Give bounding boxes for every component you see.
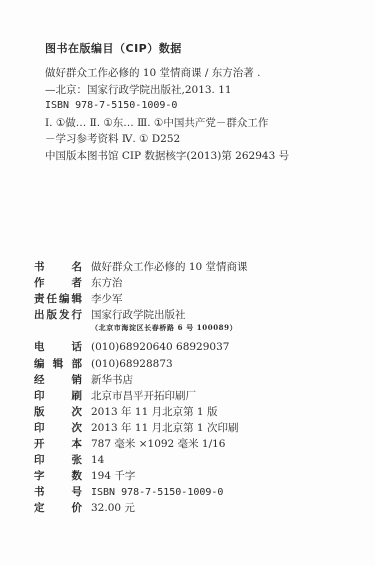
- label-char: 行: [72, 307, 83, 322]
- label-editor: 责 任 编 辑: [34, 291, 82, 306]
- label-printing: 印 次: [34, 420, 82, 435]
- cip-line-subject: Ⅰ. ①做… Ⅱ. ①东… Ⅲ. ①中国共产党－群众工作: [45, 115, 365, 132]
- cip-block: 图书在版编目（CIP）数据 做好群众工作必修的 10 堂情商课 / 东方治著 .…: [45, 40, 365, 164]
- label-publisher: 出 版 发 行: [34, 307, 82, 322]
- row-editorial-dept: 编 辑 部 (010)68928873: [34, 356, 364, 372]
- cip-title: 图书在版编目（CIP）数据: [45, 40, 365, 56]
- value-word-count: 194 千字: [91, 468, 135, 483]
- label-char: 辑: [72, 291, 83, 306]
- label-printer: 印 刷: [34, 388, 82, 403]
- row-sheets: 印 张 14: [34, 452, 364, 468]
- value-edition: 2013 年 11 月北京第 1 版: [91, 404, 217, 419]
- label-format: 开 本: [34, 436, 82, 451]
- label-char: 定: [34, 500, 45, 515]
- label-char: 名: [72, 259, 83, 274]
- cip-line-isbn: ISBN 978-7-5150-1009-0: [45, 98, 365, 115]
- label-char: 字: [34, 468, 45, 483]
- value-address: （北京市海淀区长春桥路 6 号 100089）: [91, 323, 237, 333]
- label-char: 任: [47, 291, 58, 306]
- label-char: 辑: [53, 356, 64, 371]
- value-distributor: 新华书店: [91, 372, 133, 387]
- value-printing: 2013 年 11 月北京第 1 次印刷: [91, 420, 238, 435]
- label-char: 者: [72, 275, 83, 290]
- label-phone: 电 话: [34, 339, 82, 354]
- label-char: 本: [72, 436, 83, 451]
- label-char: 次: [72, 404, 83, 419]
- value-book-title: 做好群众工作必修的 10 堂情商课: [91, 259, 248, 274]
- label-char: 数: [72, 468, 83, 483]
- label-char: 价: [72, 500, 83, 515]
- value-isbn: ISBN 978-7-5150-1009-0: [91, 487, 223, 498]
- label-author: 作 者: [34, 275, 82, 290]
- label-char: 开: [34, 436, 45, 451]
- label-char: 刷: [72, 388, 83, 403]
- value-price: 32.00 元: [91, 500, 135, 515]
- label-char: 书: [34, 484, 45, 499]
- row-author: 作 者 东方治: [34, 275, 364, 291]
- row-edition: 版 次 2013 年 11 月北京第 1 版: [34, 404, 364, 420]
- label-char: 印: [34, 452, 45, 467]
- value-editor: 李少军: [91, 291, 123, 306]
- label-char: 发: [59, 307, 70, 322]
- label-char: 印: [34, 420, 45, 435]
- row-editor: 责 任 编 辑 李少军: [34, 291, 364, 307]
- label-book-title: 书 名: [34, 259, 82, 274]
- label-distributor: 经 销: [34, 372, 82, 387]
- label-char: 印: [34, 388, 45, 403]
- label-char: 版: [34, 404, 45, 419]
- row-phone: 电 话 (010)68920640 68929037: [34, 339, 364, 355]
- label-char: 部: [72, 356, 83, 371]
- label-char: 号: [72, 484, 83, 499]
- label-char: 销: [72, 372, 83, 387]
- label-editorial-dept: 编 辑 部: [34, 356, 82, 371]
- cip-line-record: 中国版本图书馆 CIP 数据核字(2013)第 262943 号: [45, 148, 365, 165]
- value-editorial-dept: (010)68928873: [91, 358, 173, 370]
- value-format: 787 毫米 ×1092 毫米 1/16: [91, 436, 226, 451]
- label-char: 次: [72, 420, 83, 435]
- row-book-title: 书 名 做好群众工作必修的 10 堂情商课: [34, 259, 364, 275]
- row-isbn: 书 号 ISBN 978-7-5150-1009-0: [34, 484, 364, 500]
- value-publisher: 国家行政学院出版社: [91, 307, 186, 322]
- label-word-count: 字 数: [34, 468, 82, 483]
- row-word-count: 字 数 194 千字: [34, 468, 364, 484]
- label-sheets: 印 张: [34, 452, 82, 467]
- row-printer: 印 刷 北京市昌平开拓印刷厂: [34, 388, 364, 404]
- label-char: 版: [47, 307, 58, 322]
- label-char: 编: [59, 291, 70, 306]
- row-format: 开 本 787 毫米 ×1092 毫米 1/16: [34, 436, 364, 452]
- label-price: 定 价: [34, 500, 82, 515]
- value-phone: (010)68920640 68929037: [91, 341, 229, 353]
- row-publisher: 出 版 发 行 国家行政学院出版社: [34, 307, 364, 323]
- row-address: （北京市海淀区长春桥路 6 号 100089）: [34, 323, 364, 339]
- label-char: 电: [34, 339, 45, 354]
- cip-line-publisher: —北京：国家行政学院出版社,2013. 11: [45, 82, 365, 99]
- label-char: 经: [34, 372, 45, 387]
- label-edition: 版 次: [34, 404, 82, 419]
- copyright-info: 书 名 做好群众工作必修的 10 堂情商课 作 者 东方治 责 任 编 辑 李少…: [34, 259, 364, 517]
- label-char: 张: [72, 452, 83, 467]
- row-price: 定 价 32.00 元: [34, 500, 364, 516]
- label-char: 责: [34, 291, 45, 306]
- label-char: 编: [34, 356, 45, 371]
- label-char: 作: [34, 275, 45, 290]
- label-char: 书: [34, 259, 45, 274]
- cip-line-subject-cont: －学习参考资料 Ⅳ. ① D252: [45, 131, 365, 148]
- value-printer: 北京市昌平开拓印刷厂: [91, 388, 196, 403]
- label-isbn: 书 号: [34, 484, 82, 499]
- value-sheets: 14: [91, 454, 104, 466]
- row-printing: 印 次 2013 年 11 月北京第 1 次印刷: [34, 420, 364, 436]
- label-char: 话: [72, 339, 83, 354]
- value-author: 东方治: [91, 275, 123, 290]
- label-char: 出: [34, 307, 45, 322]
- cip-line-title: 做好群众工作必修的 10 堂情商课 / 东方治著 .: [45, 65, 365, 82]
- row-distributor: 经 销 新华书店: [34, 372, 364, 388]
